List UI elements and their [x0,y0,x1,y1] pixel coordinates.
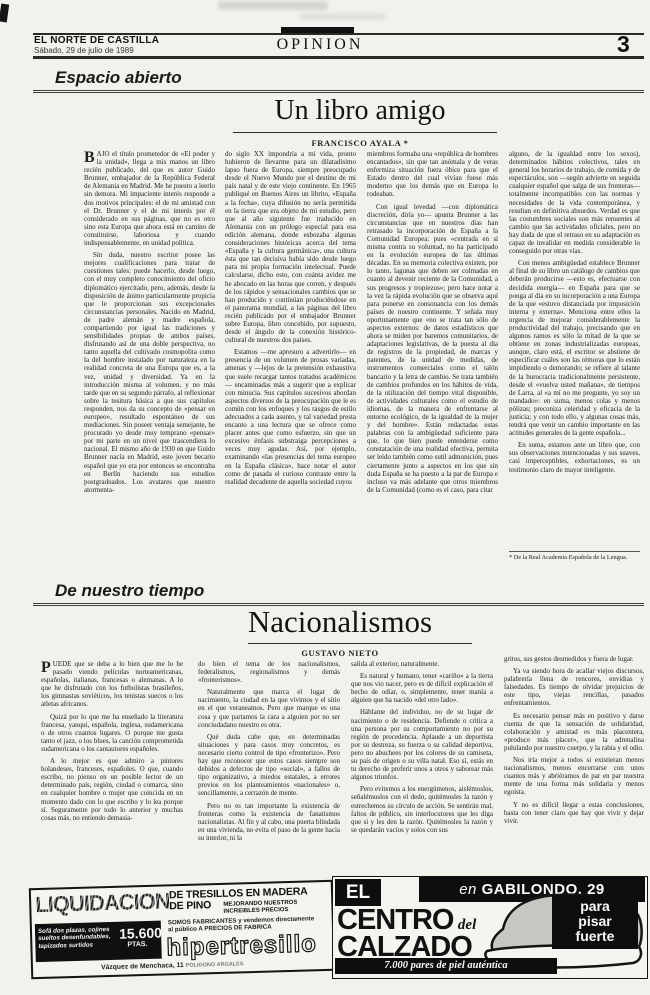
article2-kicker: De nuestro tiempo [55,581,204,601]
ad-tresillos-poligono: POLIGONO ARGALES [186,961,244,969]
ad-calzado-slogan: para pisar fuerte [567,899,623,944]
ad-tresillos-headline: LIQUIDACION [35,888,170,918]
paragraph: Es natural y humano, tener «cariño» a la… [351,672,493,704]
masthead-date: Sábado, 29 de julio de 1989 [34,46,134,55]
page-number: 3 [617,31,630,58]
article1-title-rule [233,132,497,133]
article1-kicker: Espacio abierto [55,68,182,88]
ad-calzado-strip-text: 7.000 pares de piel auténtica [384,960,507,971]
paragraph: Ya va siendo hora de acallar viejos disc… [504,667,644,707]
article2-column-2: do bien el tema de los nacionalismos, fe… [198,660,340,871]
paragraph: miembros formaba una «república de hombr… [367,150,498,199]
masthead-name: EL NORTE DE CASTILLA [34,35,159,46]
paragraph: PUEDE que se deba a lo bien que me lo he… [41,660,183,709]
drop-cap: P [41,660,53,675]
article2-title: Nacionalismos [160,604,520,640]
ad-tresillos-currency: PTAS. [127,941,147,949]
article2-title-rule [248,643,472,644]
paragraph: do bien el tema de los nacionalismos, fe… [198,660,340,684]
header-bottom-rule [33,56,644,59]
ad-tresillos-offer-text: Sofá dos plazas, cojinessueltos desenfun… [38,926,119,950]
article2-column-4: gritos, sus gestos desmedidos y fuera de… [504,655,644,871]
ad-calzado-strip: 7.000 pares de piel auténtica [335,958,557,974]
article1-title: Un libro amigo [180,95,540,127]
ad-calzado-el-text: EL [346,882,370,903]
article2-column-1: PUEDE que se deba a lo bien que me lo he… [41,660,183,871]
opinion-black-bar [281,27,354,33]
ad-tresillos-address: Vázquez de Menchaca, 11 POLIGONO ARGALES [101,960,244,971]
ad-tresillos-brand: hipertresillo [166,930,317,962]
paragraph: Y no es difícil llegar a estas conclusio… [504,801,644,825]
article1-byline: FRANCISCO AYALA * [180,138,540,148]
drop-cap: B [84,150,97,165]
paragraph: Es necesario pensar más en positivo y da… [504,712,644,752]
ad-tresillos-offer-box: Sofá dos plazas, cojinessueltos desenfun… [35,921,162,963]
paragraph: Con igual levedad —con diplomática discr… [367,203,498,494]
article2-column-3: salida al exterior, naturalmente.Es natu… [351,660,493,871]
scan-corner-mark [0,4,9,23]
article1-kicker-rule [33,90,644,93]
paragraph: En suma, estamos ante un libro que, con … [509,441,640,473]
paragraph: Quizá por lo que me ha enseñado la liter… [41,713,183,753]
paragraph: Estamos —me apresuro a advertirlo— en pr… [225,348,356,486]
ad-tresillos-price: 15.600 [119,927,162,941]
ad-tresillos-small2: INCREIBLES PRECIOS [223,907,288,915]
article1-column-4: alguno, de la igualdad entre los sexos),… [509,150,640,545]
article1-column-3: miembros formaba una «república de hombr… [367,150,498,622]
ad-tresillos[interactable]: LIQUIDACION DE TRESILLOS EN MADERA DE PI… [29,880,335,979]
ad-calzado-name: CENTRO del CALZADO [337,907,476,961]
scan-smudge [218,1,328,10]
ad-calzado-slogan-box: para pisar fuerte [552,895,638,949]
paragraph: A lo mejor es que admiro a pintores hola… [41,757,183,822]
ad-calzado[interactable]: EL en GABILONDO. 29 para pisar fuerte CE… [332,876,648,979]
ad-tresillos-small-lines: MEJORANDO NUESTROS INCREIBLES PRECIOS [223,899,328,915]
paragraph: gritos, sus gestos desmedidos y fuera de… [504,655,644,663]
paragraph: Con menos ambigüedad establece Brunner a… [509,259,640,437]
paragraph: Nos iría mejor a todos si existieran men… [504,756,644,796]
paragraph: Qué duda cabe que, en determinadas situa… [198,733,340,798]
article1-column-1: BAJO el título prometedor de «El poder y… [84,150,215,622]
paragraph: Háblame del individuo, no de su lugar de… [351,708,493,781]
paragraph: Naturalmente que marca el lugar de nacim… [198,688,340,728]
paragraph: BAJO el título prometedor de «El poder y… [84,150,215,247]
article1-column-2: do siglo XX impondría a mi vida, pronto … [225,150,356,622]
scan-smudge [300,13,385,20]
ad-calzado-el: EL [335,879,381,906]
article2-byline: GUSTAVO NIETO [160,648,520,658]
newspaper-page: EL NORTE DE CASTILLA Sábado, 29 de julio… [0,0,650,995]
paragraph: salida al exterior, naturalmente. [351,660,493,668]
paragraph: Pero evitemos a los energúmenos, aislémo… [351,785,493,834]
article1-footnote: * De la Real Academia Española de la Len… [509,551,640,561]
ad-tresillos-street: Vázquez de Menchaca, 11 [101,962,184,971]
paragraph: alguno, de la igualdad entre los sexos),… [509,150,640,255]
paragraph: Sin duda, nuestro escritor posee las mej… [84,251,215,494]
paragraph: tapizados surtidos [38,941,118,951]
paragraph: Pero no es tan importante la existencia … [198,802,340,842]
ad-tresillos-sub2: DE PINO [169,899,211,912]
paragraph: do siglo XX impondría a mi vida, pronto … [225,150,356,344]
section-title: OPINION [240,36,400,54]
